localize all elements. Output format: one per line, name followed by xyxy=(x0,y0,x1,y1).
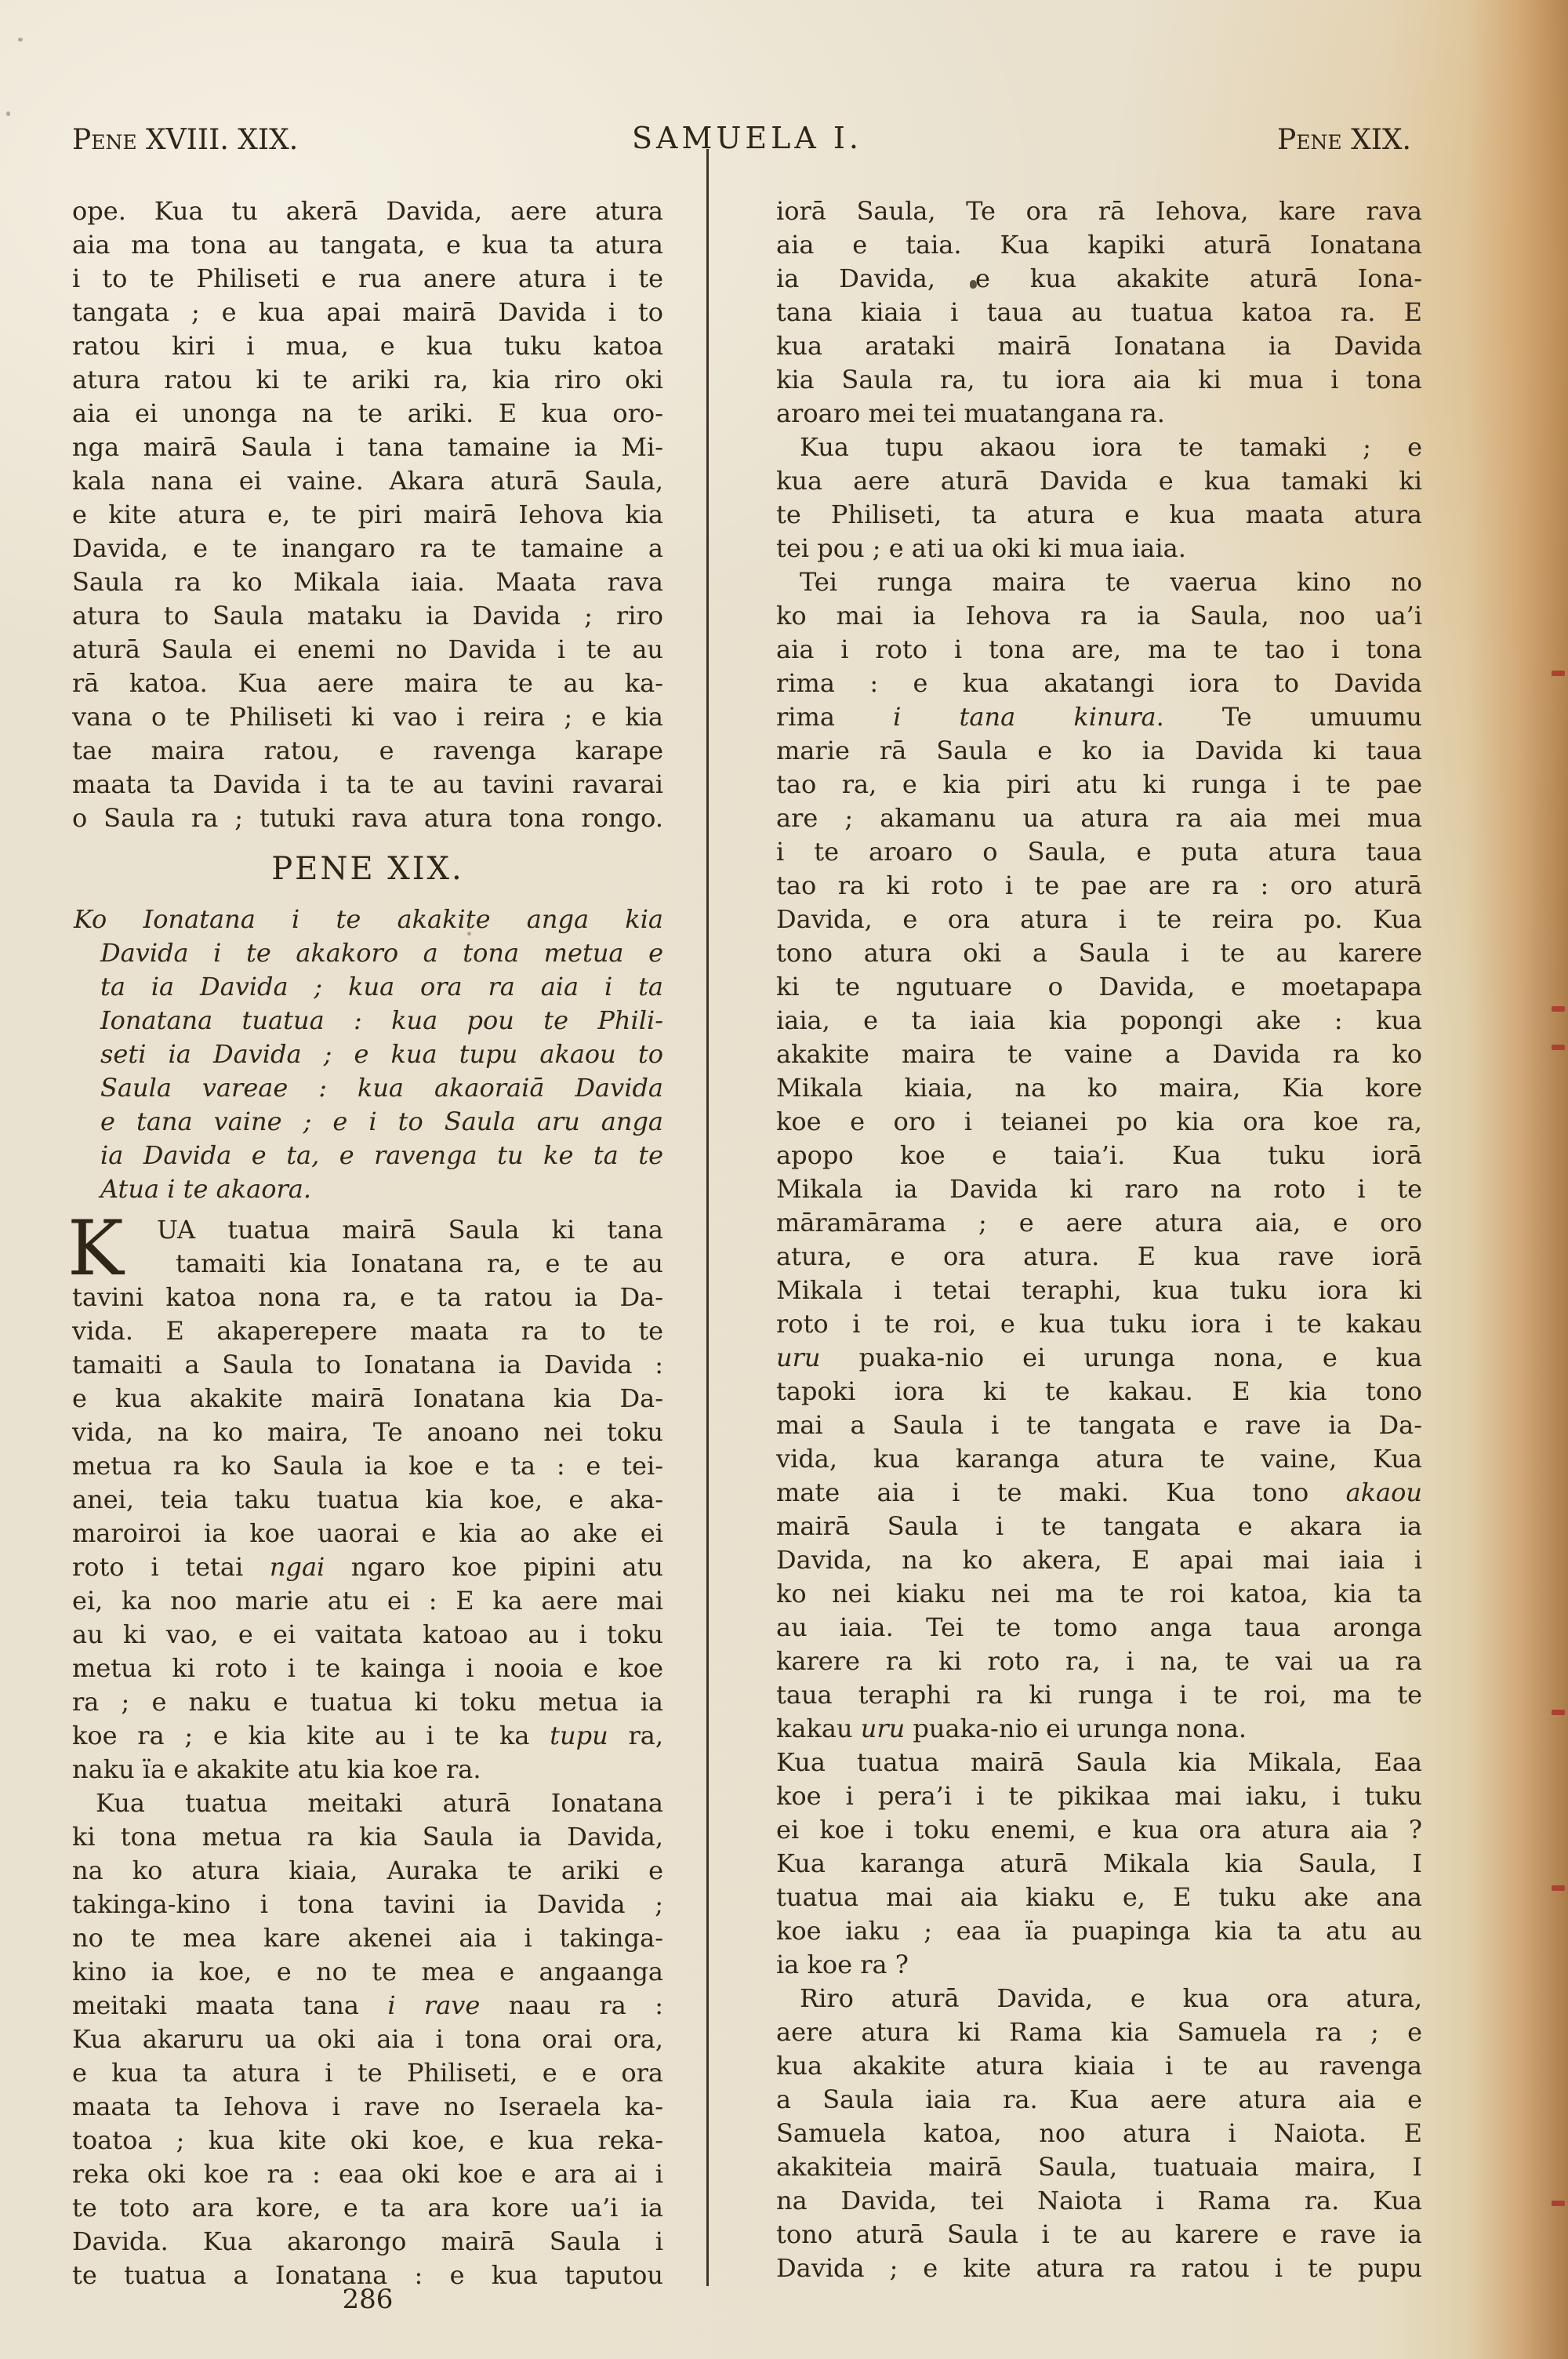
text-line: au ki vao, e ei vaitata katoao au i toku xyxy=(72,1618,663,1652)
text-line: Saula vareae : kua akaoraiā Davida xyxy=(72,1071,663,1105)
text-line: ei koe i toku enemi, e kua ora atura aia… xyxy=(776,1813,1422,1847)
text-line: Ko Ionatana i te akakite anga kia xyxy=(72,903,663,936)
text-line: ra ; e naku e tuatua ki toku metua ia xyxy=(72,1685,663,1719)
text-line: maroiroi ia koe uaorai e kia ao ake ei xyxy=(72,1517,663,1550)
text-line: kua arataki mairā Ionatana ia Davida xyxy=(776,329,1422,363)
text-line: aia i roto i tona are, ma te tao i tona xyxy=(776,633,1422,667)
text-line: roto i te roi, e kua tuku iora i te kaka… xyxy=(776,1307,1422,1341)
page-edge-mark xyxy=(1552,671,1565,676)
text-line: Kua tupu akaou iora te tamaki ; e8 xyxy=(776,431,1422,464)
text-line: i te aroaro o Saula, e puta atura taua xyxy=(776,835,1422,869)
text-line: i to te Philiseti e rua anere atura i te xyxy=(72,262,663,296)
text-line: te Philiseti, ta atura e kua maata atura xyxy=(776,498,1422,532)
text-line: akakite maira te vaine a Davida ra ko xyxy=(776,1038,1422,1071)
text-line: ki tona metua ra kia Saula ia Davida, xyxy=(72,1820,663,1854)
text-line: tuatua mai aia kiaku e, E tuku ake ana xyxy=(776,1881,1422,1914)
text-line: koe i pera’i i te pikikaa mai iaku, i tu… xyxy=(776,1779,1422,1813)
text-line: taua teraphi ra ki runga i te roi, ma te xyxy=(776,1678,1422,1712)
page-number: 286 xyxy=(72,2284,663,2315)
text-line: takinga-kino i tona tavini ia Davida ; xyxy=(72,1888,663,1921)
left-text-column: ope. Kua tu akerā Davida, aere atura27ai… xyxy=(72,194,663,2292)
text-line: maata ta Iehova i rave no Iseraela ka- xyxy=(72,2090,663,2124)
text-line: tae maira ratou, e ravenga karape xyxy=(72,734,663,768)
text-line: toatoa ; kua kite oki koe, e kua reka- xyxy=(72,2124,663,2157)
text-line: akakiteia mairā Saula, tuatuaia maira, I xyxy=(776,2150,1422,2184)
verse-text-block: KUA tuatua mairā Saula ki tana1tamaiti k… xyxy=(72,1213,663,2292)
text-line: Kua tuatua meitaki aturā Ionatana4 xyxy=(72,1787,663,1820)
text-line: Riro aturā Davida, e kua ora atura,18 xyxy=(776,1982,1422,2016)
text-line: vida. E akaperepere maata ra to te2 xyxy=(72,1314,663,1348)
running-header-right: Pene XIX. xyxy=(1176,124,1411,156)
text-line: tao ra ki roto i te pae are ra : oro atu… xyxy=(776,869,1422,903)
text-line: ope. Kua tu akerā Davida, aere atura27 xyxy=(72,194,663,228)
text-line: kia Saula ra, tu iora aia ki mua i tona xyxy=(776,363,1422,397)
text-line: aia e taia. Kua kapiki aturā Ionatana7 xyxy=(776,228,1422,262)
text-line: rā katoa. Kua aere maira te au ka-30 xyxy=(72,667,663,700)
text-line: te toto ara kore, e ta ara kore ua’i ia xyxy=(72,2191,663,2225)
text-line: rima : e kua akatangi iora to Davida xyxy=(776,667,1422,700)
text-line: kino ia koe, e no te mea e angaanga xyxy=(72,1955,663,1989)
text-line: mai a Saula i te tangata e rave ia Da- xyxy=(776,1408,1422,1442)
text-line: tamaiti a Saula to Ionatana ia Davida : xyxy=(72,1348,663,1382)
page-edge-mark xyxy=(1552,1710,1565,1715)
text-line: tei pou ; e ati ua oki ki mua iaia. xyxy=(776,532,1422,565)
text-line: aia ei unonga na te ariki. E kua oro- xyxy=(72,397,663,431)
text-line: Kua tuatua mairā Saula kia Mikala, Eaa17 xyxy=(776,1746,1422,1779)
text-line: o Saula ra ; tutuki rava atura tona rong… xyxy=(72,801,663,835)
text-line: tao ra, e kia piri atu ki runga i te pae xyxy=(776,768,1422,801)
text-line: are ; akamanu ua atura ra aia mei mua xyxy=(776,801,1422,835)
foxing-speck xyxy=(467,932,471,936)
text-line: rima i tana kinura. Te umuumu10 xyxy=(776,700,1422,734)
text-line: Davida, e ora atura i te reira po. Kua11 xyxy=(776,903,1422,936)
text-line: marie rā Saula e ko ia Davida ki taua xyxy=(776,734,1422,768)
text-line: Davida, e te inangaro ra te tamaine a xyxy=(72,532,663,565)
text-line: metua ra ko Saula ia koe e ta : e tei- xyxy=(72,1449,663,1483)
text-line: Tei runga maira te vaerua kino no9 xyxy=(776,565,1422,599)
chapter-summary: Ko Ionatana i te akakite anga kiaDavida … xyxy=(72,903,663,1206)
foxing-speck xyxy=(6,111,10,116)
text-line: anei, teia taku tuatua kia koe, e aka- xyxy=(72,1483,663,1517)
text-line: ratou kiri i mua, e kua tuku katoa xyxy=(72,329,663,363)
text-line: vida, kua karanga atura te vaine, Kua xyxy=(776,1442,1422,1476)
text-line: ki te ngutuare o Davida, e moetapapa xyxy=(776,970,1422,1004)
text-line: uru puaka-nio ei urunga nona, e kua xyxy=(776,1341,1422,1375)
text-line: Saula ra ko Mikala iaia. Maata rava29 xyxy=(72,565,663,599)
text-line: ia Davida, e kua akakite aturā Iona- xyxy=(776,262,1422,296)
text-line: e kua akakite mairā Ionatana kia Da- xyxy=(72,1382,663,1416)
text-line: ia Davida e ta, e ravenga tu ke ta te xyxy=(72,1139,663,1172)
text-line: na ko atura kiaia, Auraka te ariki e xyxy=(72,1854,663,1888)
text-line: atura, e ora atura. E kua rave iorā13 xyxy=(776,1240,1422,1274)
page-edge-mark xyxy=(1552,1885,1565,1891)
text-line: ei, ka noo marie atu ei : E ka aere mai3 xyxy=(72,1584,663,1618)
text-line: kakau uru puaka-nio ei urunga nona. xyxy=(776,1712,1422,1746)
right-text-column: iorā Saula, Te ora rā Iehova, kare ravaa… xyxy=(776,194,1422,2285)
text-line: koe ra ; e kia kite au i te ka tupu ra, xyxy=(72,1719,663,1753)
text-line: Davida. Kua akarongo mairā Saula i6 xyxy=(72,2225,663,2259)
text-line: atura ratou ki te ariki ra, kia riro oki xyxy=(72,363,663,397)
verse-text-block: ope. Kua tu akerā Davida, aere atura27ai… xyxy=(72,194,663,835)
text-line: ko mai ia Iehova ra ia Saula, noo ua’i xyxy=(776,599,1422,633)
text-line: ia koe ra ? xyxy=(776,1948,1422,1982)
text-line: Mikala ia Davida ki raro na roto i te xyxy=(776,1172,1422,1206)
text-line: tono atura oki a Saula i te au karere xyxy=(776,936,1422,970)
text-line: no te mea kare akenei aia i takinga- xyxy=(72,1921,663,1955)
text-line: aturā Saula ei enemi no Davida i te au xyxy=(72,633,663,667)
running-header-right-text: Pene XIX. xyxy=(1277,124,1411,156)
text-line: au iaia. Tei te tomo anga taua aronga16 xyxy=(776,1611,1422,1645)
text-line: Kua akaruru ua oki aia i tona orai ora,5 xyxy=(72,2023,663,2056)
text-line: mairā Saula i te tangata e akara ia xyxy=(776,1510,1422,1543)
text-line: roto i tetai ngai ngaro koe pipini atu xyxy=(72,1550,663,1584)
text-line: metua ki roto i te kainga i nooia e koe xyxy=(72,1652,663,1685)
text-line: māramārama ; e aere atura aia, e oro xyxy=(776,1206,1422,1240)
text-line: kala nana ei vaine. Akara aturā Saula,28 xyxy=(72,464,663,498)
page-edge-mark xyxy=(1552,2201,1565,2206)
text-line: mate aia i te maki. Kua tono akaou15 xyxy=(776,1476,1422,1510)
text-line: vida, na ko maira, Te anoano nei toku xyxy=(72,1416,663,1449)
chapter-heading: PENE XIX. xyxy=(72,835,663,903)
column-divider-rule xyxy=(706,149,709,2286)
text-line: Kua karanga aturā Mikala kia Saula, I xyxy=(776,1847,1422,1881)
text-line: seti ia Davida ; e kua tupu akaou to xyxy=(72,1038,663,1071)
text-line: koe e oro i teianei po kia ora koe ra, xyxy=(776,1105,1422,1139)
text-line: e kite atura e, te piri mairā Iehova kia xyxy=(72,498,663,532)
book-page-scan: { "colors": { "ink": "#2f2519", "paper":… xyxy=(0,0,1568,2359)
ink-blot xyxy=(970,280,977,289)
text-line: naku ïa e akakite atu kia koe ra. xyxy=(72,1753,663,1787)
verse-text-block: iorā Saula, Te ora rā Iehova, kare ravaa… xyxy=(776,194,1422,2285)
text-line: apopo koe e taia’i. Kua tuku iorā12 xyxy=(776,1139,1422,1172)
text-line: Atua i te akaora. xyxy=(72,1172,663,1206)
text-line: Ionatana tuatua : kua pou te Phili- xyxy=(72,1004,663,1038)
text-line: tapoki iora ki te kakau. E kia tono14 xyxy=(776,1375,1422,1408)
text-line: kua akakite atura kiaia i te au ravenga xyxy=(776,2049,1422,2083)
text-line: Samuela katoa, noo atura i Naiota. E19 xyxy=(776,2117,1422,2150)
text-line: tavini katoa nona ra, e ta ratou ia Da- xyxy=(72,1281,663,1314)
text-line: Davida i te akakoro a tona metua e xyxy=(72,936,663,970)
text-line: koe iaku ; eaa ïa puapinga kia ta atu au xyxy=(776,1914,1422,1948)
text-line: reka oki koe ra : eaa oki koe e ara ai i xyxy=(72,2157,663,2191)
text-line: maata ta Davida i ta te au tavini ravara… xyxy=(72,768,663,801)
text-line: a Saula iaia ra. Kua aere atura aia e xyxy=(776,2083,1422,2117)
text-line: aia ma tona au tangata, e kua ta atura xyxy=(72,228,663,262)
text-line: atura to Saula mataku ia Davida ; riro xyxy=(72,599,663,633)
text-line: nga mairā Saula i tana tamaine ia Mi- xyxy=(72,431,663,464)
text-line: aroaro mei tei muatangana ra. xyxy=(776,397,1422,431)
text-line: tana kiaia i taua au tuatua katoa ra. E xyxy=(776,296,1422,329)
text-line: tangata ; e kua apai mairā Davida i to xyxy=(72,296,663,329)
text-line: ko nei kiaku nei ma te roi katoa, kia ta xyxy=(776,1577,1422,1611)
text-line: karere ra ki roto ra, i na, te vai ua ra xyxy=(776,1645,1422,1678)
text-line: na Davida, tei Naiota i Rama ra. Kua20 xyxy=(776,2184,1422,2218)
text-line: tamaiti kia Ionatana ra, e te au xyxy=(72,1247,663,1281)
text-line: vana o te Philiseti ki vao i reira ; e k… xyxy=(72,700,663,734)
text-line: UA tuatua mairā Saula ki tana1 xyxy=(72,1213,663,1247)
text-line: e kua ta atura i te Philiseti, e e ora xyxy=(72,2056,663,2090)
page-edge-mark xyxy=(1552,1006,1565,1012)
foxing-speck xyxy=(18,38,23,42)
text-line: iorā Saula, Te ora rā Iehova, kare rava xyxy=(776,194,1422,228)
text-line: meitaki maata tana i rave naau ra : xyxy=(72,1989,663,2023)
text-line: Davida, na ko akera, E apai mai iaia i xyxy=(776,1543,1422,1577)
text-line: ta ia Davida ; kua ora ra aia i ta xyxy=(72,970,663,1004)
text-line: e tana vaine ; e i to Saula aru anga xyxy=(72,1105,663,1139)
text-line: Mikala kiaia, na ko maira, Kia kore xyxy=(776,1071,1422,1105)
text-line: Mikala i tetai teraphi, kua tuku iora ki xyxy=(776,1274,1422,1307)
text-line: aere atura ki Rama kia Samuela ra ; e xyxy=(776,2016,1422,2049)
text-line: kua aere aturā Davida e kua tamaki ki xyxy=(776,464,1422,498)
text-line: tono aturā Saula i te au karere e rave i… xyxy=(776,2218,1422,2252)
text-line: Davida ; e kite atura ra ratou i te pupu xyxy=(776,2252,1422,2285)
text-line: iaia, e ta iaia kia popongi ake : kua xyxy=(776,1004,1422,1038)
page-edge-mark xyxy=(1552,1045,1565,1050)
